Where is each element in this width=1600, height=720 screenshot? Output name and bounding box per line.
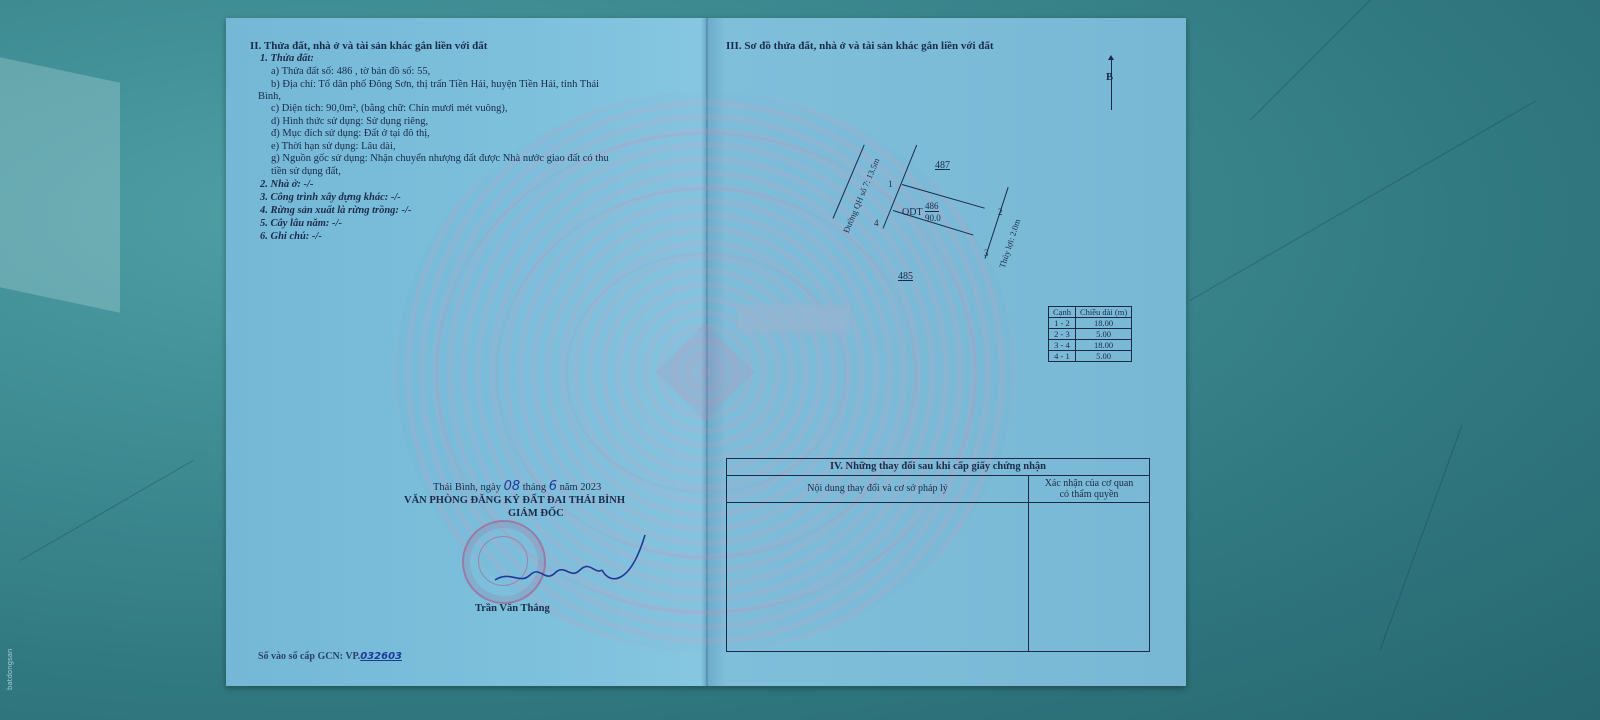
signer-name: Trần Văn Thắng xyxy=(475,603,550,616)
vertex-4: 4 xyxy=(874,217,879,230)
table-row: 2 - 35.00 xyxy=(1049,329,1132,340)
vertex-3: 3 xyxy=(984,247,989,260)
edge-length-table: CạnhChiều dài (m) 1 - 218.00 2 - 35.00 3… xyxy=(1048,306,1132,362)
land-parcel-heading: 1. Thửa đất: xyxy=(260,53,314,66)
usage-purpose: đ) Mục đích sử dụng: Đất ở tại đô thị, xyxy=(271,128,430,141)
parcel-code: ODT xyxy=(902,207,923,220)
changes-col-confirmation: Xác nhận của cơ quan có thẩm quyền xyxy=(1029,476,1149,502)
item-house: 2. Nhà ở: -/- xyxy=(260,179,313,192)
changes-col-content: Nội dung thay đổi và cơ sở pháp lý xyxy=(727,476,1029,502)
section-iii-title: III. Sơ đồ thửa đất, nhà ở và tài sản kh… xyxy=(726,40,994,53)
signer-title: GIÁM ĐỐC xyxy=(508,508,564,521)
item-other-construction: 3. Công trình xây dựng khác: -/- xyxy=(260,192,401,205)
section-ii-title: II. Thửa đất, nhà ở và tài sản khác gắn … xyxy=(250,40,487,53)
usage-form: d) Hình thức sử dụng: Sử dụng riêng, xyxy=(271,116,428,129)
table-row: 1 - 218.00 xyxy=(1049,318,1132,329)
parcel-area-label: 90.0 xyxy=(925,212,941,225)
redacted-area xyxy=(738,305,850,333)
item-notes: 6. Ghi chú: -/- xyxy=(260,231,322,244)
north-arrow-head xyxy=(1108,55,1114,60)
floor-vein xyxy=(20,460,194,561)
floor-vein xyxy=(1380,425,1463,651)
vertex-2: 2 xyxy=(998,206,1003,219)
sign-date: Thái Bình, ngày 08 tháng 6 năm 2023 xyxy=(433,481,601,495)
floor-vein xyxy=(1190,100,1537,301)
parcel-number: a) Thửa đất số: 486 , tờ bản đồ số: 55, xyxy=(271,66,430,79)
neighbor-487: 487 xyxy=(935,160,950,173)
watermark: batdongsan xyxy=(6,649,14,690)
changes-table: IV. Những thay đổi sau khi cấp giấy chứn… xyxy=(726,458,1150,652)
edge-table-header: Cạnh xyxy=(1049,307,1076,318)
issuing-office: VĂN PHÒNG ĐĂNG KÝ ĐẤT ĐAI THÁI BÌNH xyxy=(404,495,625,508)
sign-day: 08 xyxy=(504,479,521,494)
usage-origin-line2: tiền sử dụng đất, xyxy=(271,166,341,179)
area: c) Diện tích: 90,0m², (bằng chữ: Chín mư… xyxy=(271,103,507,116)
item-forest: 4. Rừng sản xuất là rừng trồng: -/- xyxy=(260,205,411,218)
address-line1: b) Địa chỉ: Tổ dân phố Đông Sơn, thị trấ… xyxy=(271,79,599,92)
floor-reflection xyxy=(0,57,120,313)
item-perennial: 5. Cây lâu năm: -/- xyxy=(260,218,342,231)
changes-title: IV. Những thay đổi sau khi cấp giấy chứn… xyxy=(727,459,1149,476)
register-number: Số vào sổ cấp GCN: VP.032603 xyxy=(258,651,402,664)
sign-month: 6 xyxy=(549,479,557,494)
edge-table-header: Chiều dài (m) xyxy=(1075,307,1131,318)
table-row: 3 - 418.00 xyxy=(1049,340,1132,351)
floor-vein xyxy=(1250,0,1463,121)
north-label: B xyxy=(1106,72,1113,85)
vertex-1: 1 xyxy=(888,178,893,191)
address-line2: Bình, xyxy=(258,91,281,104)
neighbor-485: 485 xyxy=(898,271,913,284)
usage-origin-line1: g) Nguồn gốc sử dụng: Nhận chuyển nhượng… xyxy=(271,153,609,166)
table-row: 4 - 15.00 xyxy=(1049,351,1132,362)
signature-scribble xyxy=(490,525,660,595)
usage-term: e) Thời hạn sử dụng: Lâu dài, xyxy=(271,141,395,154)
changes-content-cell xyxy=(727,503,1029,651)
parcel-number-label: 486 xyxy=(925,201,939,212)
